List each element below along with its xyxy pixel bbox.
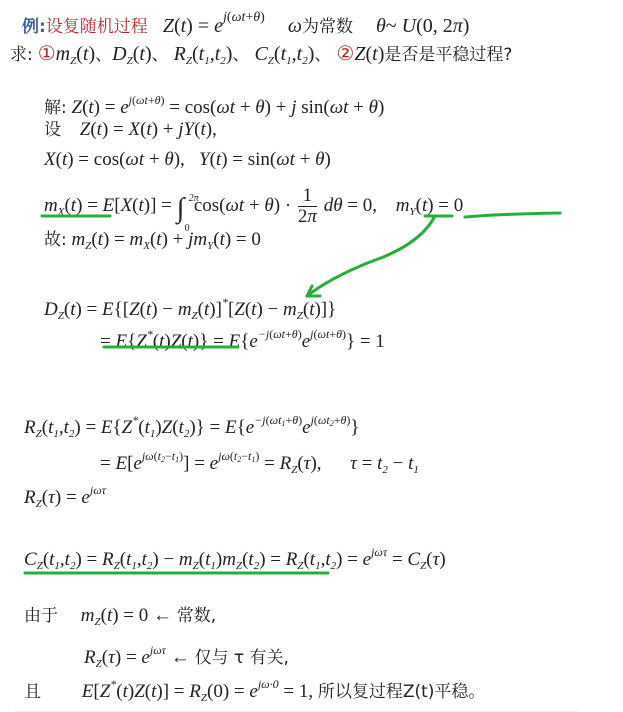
arrow-curve	[307, 216, 435, 296]
process-definition: Z(t) = ej(ωt+θ)	[153, 15, 265, 37]
mean-y: mY(t) = 0	[396, 195, 464, 216]
fraction-1-over-2pi: 12π	[298, 186, 317, 227]
solution-label: 解:	[44, 98, 67, 118]
conclusion-line-2: RZ(τ) = ejωτ ← 仅与 τ 有关,	[84, 638, 289, 676]
because-label: 由于	[24, 606, 58, 626]
solution-line-3: X(t) = cos(ωt + θ), Y(t) = sin(ωt + θ)	[44, 148, 331, 172]
underline-mean-y	[465, 213, 560, 217]
constant-note: 常数,	[177, 606, 216, 626]
variance-item: DZ(t)	[112, 43, 151, 65]
therefore-label: 故:	[44, 230, 67, 250]
question-line: 求: ①mZ(t)、DZ(t)、 RZ(t1,t2)、 CZ(t1,t2)、 ②…	[10, 42, 512, 73]
covariance-line: CZ(t1,t2) = RZ(t1,t2) − mZ(t1)mZ(t2) = R…	[24, 540, 446, 578]
part1-marker: ①	[38, 43, 56, 65]
depends-on-tau-note: 仅与 τ 有关,	[194, 648, 288, 668]
mean-z-line: 故: mZ(t) = mX(t) + jmY(t) = 0	[44, 228, 261, 258]
solution-line-1: 解: Z(t) = ej(ωt+θ) = cos(ωt + θ) + j sin…	[44, 88, 384, 120]
covariance-item: CZ(t1,t2)	[254, 43, 314, 65]
conclusion-line-3: 且 E[Z*(t)Z(t)] = RZ(0) = ejω·0 = 1, 所以复过…	[24, 672, 485, 710]
variance-line-2: = E{Z*(t)Z(t)} = E{e−j(ωt+θ)ej(ωt+θ)} = …	[100, 322, 385, 354]
correlation-line-1: RZ(t1,t2) = E{Z*(t1)Z(t2)} = E{e−j(ωt1+θ…	[24, 408, 360, 446]
omega-note: ω为常数	[288, 15, 353, 37]
example-label: 例:	[22, 17, 46, 37]
conclusion-line-1: 由于 mZ(t) = 0 ← 常数,	[24, 604, 216, 634]
set-label: 设	[44, 120, 61, 140]
example-title-line: 例:设复随机过程 Z(t) = ej(ωt+θ) ω为常数 θ~ U(0, 2π…	[22, 6, 469, 39]
theta-distribution: θ~ U(0, 2π)	[376, 15, 469, 37]
correlation-line-3: RZ(τ) = ejωτ	[24, 478, 106, 516]
and-label: 且	[24, 682, 41, 702]
example-title: 设复随机过程	[46, 17, 148, 37]
mean-x-line: mX(t) = E[X(t)] = ∫2π0 cos(ωt + θ) · 12π…	[44, 186, 463, 227]
stationary-conclusion: 所以复过程Z(t)平稳。	[318, 682, 486, 702]
part2-marker: ②	[336, 43, 354, 65]
correlation-item: RZ(t1,t2)	[174, 43, 233, 65]
correlation-line-2: = E[ejω(t2−t1)] = ejω(t2−t1) = RZ(τ), τ …	[100, 444, 419, 482]
mean-item: mZ(t)	[56, 43, 95, 65]
solution-line-2: 设 Z(t) = X(t) + jY(t),	[44, 118, 217, 142]
question-label: 求:	[10, 45, 33, 65]
stationarity-question: Z(t)	[354, 43, 384, 65]
integral-sign: ∫2π0	[177, 193, 185, 224]
